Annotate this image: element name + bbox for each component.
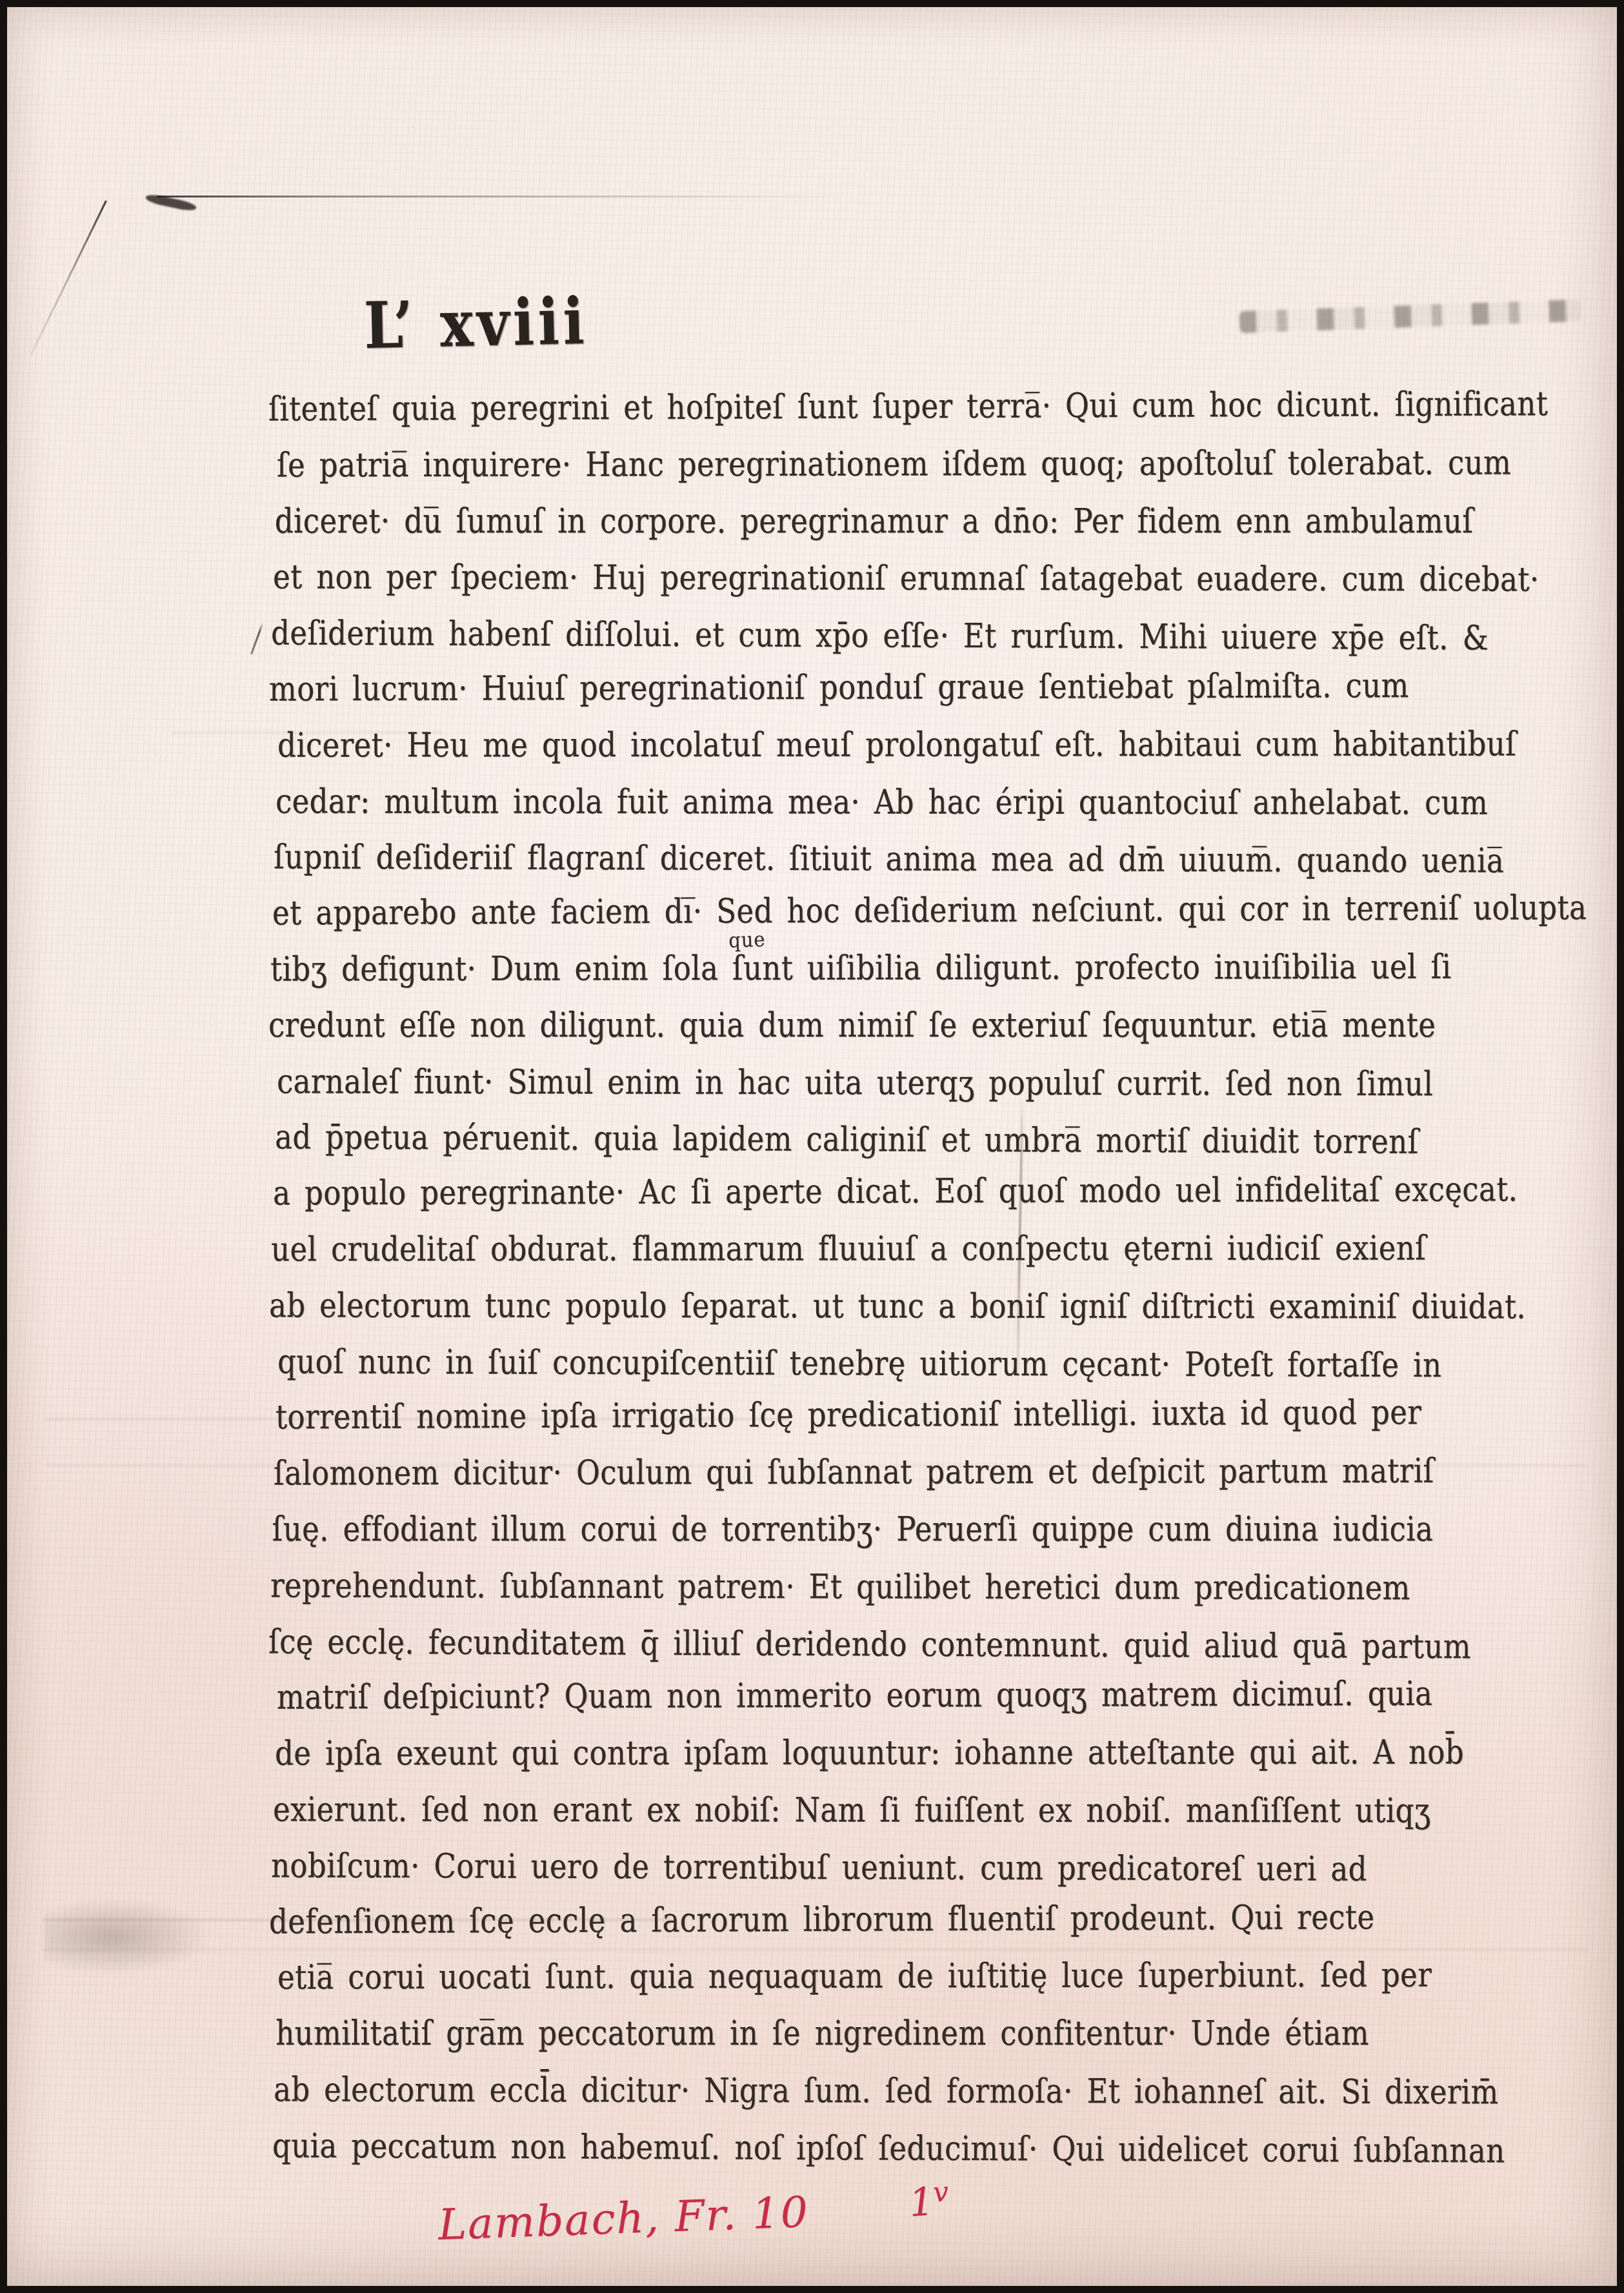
pencil-diagonal-line	[30, 200, 107, 354]
manuscript-line: deſiderium habenſ diſſolui. et cum xp̄o …	[271, 613, 1489, 658]
manuscript-line: ſe patria̅ inquirere· Hanc peregrination…	[277, 443, 1511, 485]
manuscript-line: ſalomonem dicitur· Oculum qui ſubſannat …	[274, 1451, 1434, 1493]
manuscript-line: ad p̄petua péruenit. quia lapidem caligi…	[275, 1117, 1419, 1162]
manuscript-line: nobiſcum· Corui uero de torrentibuſ ueni…	[271, 1846, 1367, 1889]
manuscript-line: quia peccatum non habemuſ. noſ ipſoſ ſed…	[272, 2126, 1505, 2170]
manuscript-line: et non per ſpeciem· Huj peregrinationiſ …	[273, 557, 1539, 600]
pencil-fold-tip	[145, 193, 197, 212]
manuscript-line: ſcę ecclę. fecunditatem q̄ illiuſ deride…	[268, 1622, 1471, 1666]
manuscript-line: diceret· du̅ ſumuſ in corpore. peregrina…	[275, 501, 1473, 541]
manuscript-line: tibʒ defigunt· Dum enim ſola ſunt uiſibi…	[270, 947, 1451, 989]
pencil-fold-line	[157, 196, 841, 197]
manuscript-line: quoſ nunc in ſuiſ concupiſcentiiſ tenebr…	[277, 1342, 1442, 1385]
folio-annotation: 1v	[907, 2176, 950, 2226]
manuscript-line: ſupniſ deſideriiſ flagranſ diceret. ſiti…	[274, 837, 1504, 880]
manuscript-line: ſitenteſ quia peregrini et hoſpiteſ ſunt…	[268, 383, 1548, 429]
manuscript-line: exierunt. ſed non erant ex nobiſ: Nam ſi…	[273, 1790, 1431, 1830]
manuscript-line: matriſ deſpiciunt? Quam non immerito eor…	[276, 1673, 1432, 1717]
manuscript-line: etia̅ corui uocati ſunt. quia nequaquam …	[277, 1955, 1432, 1997]
manuscript-line: diceret· Heu me quod incolatuſ meuſ prol…	[277, 724, 1516, 765]
manuscript-line: ab electorum tunc populo ſeparat. ut tun…	[269, 1286, 1526, 1327]
manuscript-photo: { "document": { "type": "medieval manusc…	[0, 0, 1624, 2293]
shelfmark-annotation: Lambach, Fr. 10	[437, 2187, 810, 2250]
folio-side: v	[932, 2176, 950, 2208]
manuscript-line: a populo peregrinante· Ac ſi aperte dica…	[273, 1169, 1518, 1213]
paper-smudge	[45, 1898, 212, 1975]
manuscript-line: ſuę. effodiant illum corui de torrentibʒ…	[272, 1510, 1434, 1549]
manuscript-line: credunt eſſe non diligunt. quia dum nimi…	[268, 1005, 1436, 1045]
manuscript-line: reprehendunt. ſubſannant patrem· Et quil…	[270, 1566, 1410, 1608]
manuscript-line: de ipſa exeunt qui contra ipſam loquuntu…	[275, 1732, 1464, 1773]
manuscript-line: defenſionem ſcę ecclę a ſacrorum libroru…	[269, 1897, 1375, 1942]
manuscript-line: uel crudelitaſ obdurat. flammarum fluuiu…	[271, 1228, 1426, 1269]
manuscript-line: cedar: multum incola fuit anima mea· Ab …	[276, 782, 1488, 822]
manuscript-line: humilitatiſ gra̅m peccatorum in ſe nigre…	[276, 2014, 1369, 2053]
chapter-numeral: L’ xviii	[363, 284, 588, 363]
manuscript-line: mori lucrum· Huiuſ peregrinationiſ pondu…	[269, 665, 1409, 709]
manuscript-line: torrentiſ nomine ipſa irrigatio ſcę pred…	[276, 1392, 1421, 1437]
scan-streak	[43, 1948, 1591, 1951]
manuscript-line: et apparebo ante faciem di̅· Sed hoc deſ…	[272, 887, 1586, 933]
marginal-correction-mark	[250, 622, 264, 654]
folio-number: 1	[908, 2179, 936, 2226]
ink-offset-smudge	[1239, 299, 1582, 333]
manuscript-line: carnaleſ fiunt· Simul enim in hac uita u…	[277, 1062, 1433, 1104]
manuscript-page: L’ xviii que ſitenteſ quia peregrini et …	[7, 7, 1617, 2286]
manuscript-line: ab electorum eccl̄a dicitur· Nigra ſum. …	[274, 2070, 1499, 2112]
